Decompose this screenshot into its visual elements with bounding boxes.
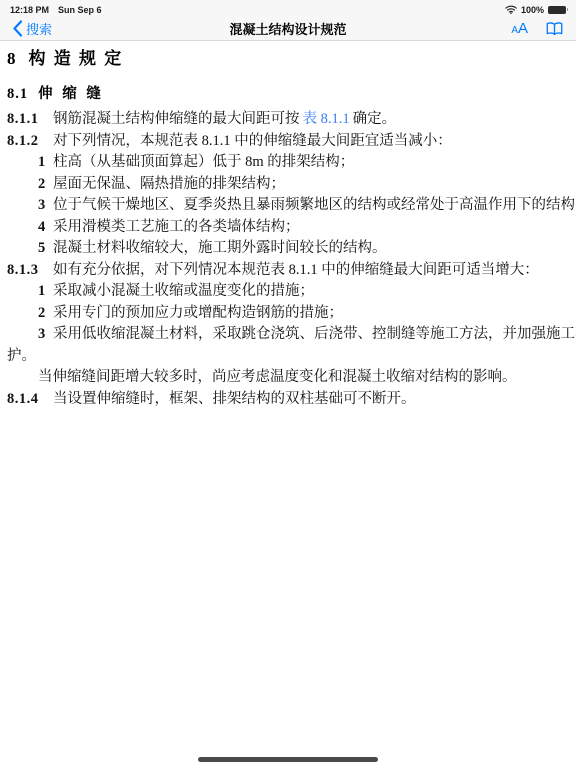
text-appearance-small-a: A xyxy=(511,26,518,36)
line-text: 护。 xyxy=(7,348,36,364)
line-number: 1 xyxy=(38,281,53,303)
back-chevron-icon xyxy=(12,20,23,37)
document-title: 混凝土结构设计规范 xyxy=(230,19,347,38)
text-line: 2采用专门的预加应力或增配构造钢筋的措施； xyxy=(7,303,569,325)
back-button-label: 搜索 xyxy=(26,19,52,38)
text-line: 当伸缩缝间距增大较多时，尚应考虑温度变化和混凝土收缩对结构的影响。 xyxy=(7,367,569,389)
line-number: 3 xyxy=(38,195,53,217)
line-text: 当设置伸缩缝时，框架、排架结构的双柱基础可不断开。 xyxy=(53,391,416,407)
line-text: 当伸缩缝间距增大较多时，尚应考虑温度变化和混凝土收缩对结构的影响。 xyxy=(38,369,517,385)
line-text: 钢筋混凝土结构伸缩缝的最大间距可按 xyxy=(53,111,300,127)
line-number: 1 xyxy=(38,152,53,174)
body-lines: 8.1.1钢筋混凝土结构伸缩缝的最大间距可按表 8.1.1确定。8.1.2对下列… xyxy=(7,109,569,410)
reader-page: 8构 造 规 定 8.1伸 缩 缝 8.1.1钢筋混凝土结构伸缩缝的最大间距可按… xyxy=(0,41,576,768)
line-number: 4 xyxy=(38,217,53,239)
status-date: Sun Sep 6 xyxy=(58,5,102,15)
chapter-heading: 8构 造 规 定 xyxy=(7,49,569,69)
line-text: 采用专门的预加应力或增配构造钢筋的措施； xyxy=(53,305,343,321)
battery-icon xyxy=(548,6,566,14)
section-title: 伸 缩 缝 xyxy=(38,86,104,102)
text-line: 4采用滑模类工艺施工的各类墙体结构； xyxy=(7,217,569,239)
text-line: 2屋面无保温、隔热措施的排架结构； xyxy=(7,174,569,196)
text-appearance-large-a: A xyxy=(518,21,528,36)
text-line: 8.1.3如有充分依据，对下列情况本规范表 8.1.1 中的伸缩缝最大间距可适当… xyxy=(7,260,569,282)
section-heading: 8.1伸 缩 缝 xyxy=(7,85,569,103)
line-text: 位于气候干燥地区、夏季炎热且暴雨频繁地区的结构或经常处于高温作用下的结构； xyxy=(53,197,576,213)
status-time: 12:18 PM xyxy=(10,5,49,15)
line-text: 屋面无保温、隔热措施的排架结构； xyxy=(53,176,285,192)
line-number: 3 xyxy=(38,324,53,346)
contents-button[interactable] xyxy=(545,21,564,37)
line-text: 采取减小混凝土收缩或温度变化的措施； xyxy=(53,283,314,299)
section-number: 8.1 xyxy=(7,86,28,102)
line-text: 对下列情况，本规范表 8.1.1 中的伸缩缝最大间距宜适当减小： xyxy=(53,133,452,149)
text-line: 3位于气候干燥地区、夏季炎热且暴雨频繁地区的结构或经常处于高温作用下的结构； xyxy=(7,195,569,217)
nav-bar: 搜索 混凝土结构设计规范 AA xyxy=(0,16,576,41)
home-indicator[interactable] xyxy=(198,757,378,762)
text-line: 8.1.4当设置伸缩缝时，框架、排架结构的双柱基础可不断开。 xyxy=(7,389,569,411)
chapter-title: 构 造 规 定 xyxy=(29,49,124,68)
line-number: 2 xyxy=(38,174,53,196)
status-bar: 12:18 PM Sun Sep 6 100% xyxy=(0,0,576,16)
back-button[interactable]: 搜索 xyxy=(12,19,230,38)
text-line: 5混凝土材料收缩较大，施工期外露时间较长的结构。 xyxy=(7,238,569,260)
text-appearance-button[interactable]: AA xyxy=(511,21,528,36)
line-number: 8.1.4 xyxy=(7,389,53,411)
cross-reference-link[interactable]: 表 8.1.1 xyxy=(303,111,350,127)
top-chrome: 12:18 PM Sun Sep 6 100% 搜索 xyxy=(0,0,576,41)
wifi-icon xyxy=(505,5,517,14)
line-text-after-link: 确定。 xyxy=(353,111,397,127)
line-number: 2 xyxy=(38,303,53,325)
chapter-number: 8 xyxy=(7,49,16,68)
line-text: 采用低收缩混凝土材料，采取跳仓浇筑、后浇带、控制缝等施工方法，并加强施工养 xyxy=(53,326,576,342)
text-line: 1柱高（从基础顶面算起）低于 8m 的排架结构； xyxy=(7,152,569,174)
line-text: 柱高（从基础顶面算起）低于 8m 的排架结构； xyxy=(53,154,354,170)
line-number: 8.1.3 xyxy=(7,260,53,282)
text-line: 1采取减小混凝土收缩或温度变化的措施； xyxy=(7,281,569,303)
line-text: 如有充分依据，对下列情况本规范表 8.1.1 中的伸缩缝最大间距可适当增大： xyxy=(53,262,539,278)
line-text: 采用滑模类工艺施工的各类墙体结构； xyxy=(53,219,300,235)
battery-percent: 100% xyxy=(521,5,544,15)
text-line: 护。 xyxy=(7,346,569,368)
text-line: 8.1.2对下列情况，本规范表 8.1.1 中的伸缩缝最大间距宜适当减小： xyxy=(7,131,569,153)
text-line: 3采用低收缩混凝土材料，采取跳仓浇筑、后浇带、控制缝等施工方法，并加强施工养 xyxy=(7,324,569,346)
line-number: 8.1.2 xyxy=(7,131,53,153)
line-number: 5 xyxy=(38,238,53,260)
text-line: 8.1.1钢筋混凝土结构伸缩缝的最大间距可按表 8.1.1确定。 xyxy=(7,109,569,131)
line-text: 混凝土材料收缩较大，施工期外露时间较长的结构。 xyxy=(53,240,387,256)
line-number: 8.1.1 xyxy=(7,109,53,131)
book-icon xyxy=(545,21,564,37)
